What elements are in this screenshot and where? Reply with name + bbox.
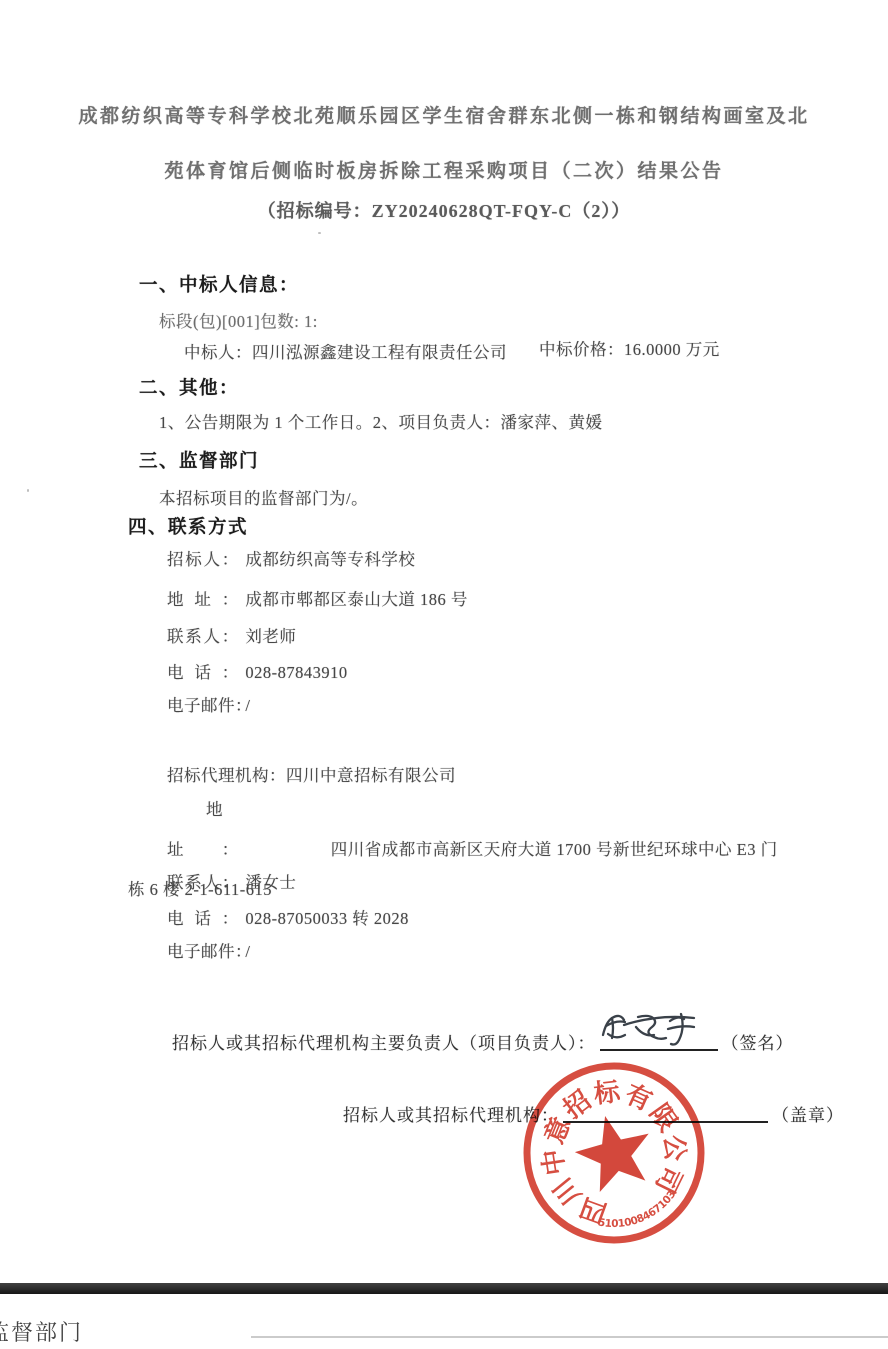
bid-number-line: （招标编号：ZY20240628QT-FQY-C（2）） — [0, 197, 888, 223]
phone-row: 电话：028-87843910 — [167, 659, 348, 683]
winner-name: 四川泓源鑫建设工程有限责任公司 — [252, 343, 507, 362]
handwritten-signature — [596, 1003, 722, 1053]
address-value: 成都市郫都区泰山大道 186 号 — [245, 590, 468, 609]
document-title-line1: 成都纺织高等专科学校北苑顺乐园区学生宿舍群东北侧一栋和钢结构画室及北 — [0, 101, 888, 128]
phone-label: 电话： — [167, 659, 239, 683]
contact-person-label: 联系人： — [167, 623, 239, 647]
bidder-address-row: 地址：成都市郫都区泰山大道 186 号 — [167, 586, 468, 610]
agency-email-value: / — [245, 942, 250, 961]
other-content: 1、公告期限为 1 个工作日。2、项目负责人：潘家萍、黄媛 — [159, 409, 603, 433]
next-page-heading-clipped: 监督部门 — [0, 1316, 120, 1349]
email-label: 电子邮件： — [167, 692, 239, 716]
address-label: 地址： — [167, 586, 239, 610]
svg-text:标: 标 — [592, 1077, 622, 1109]
svg-text:川: 川 — [548, 1172, 587, 1211]
agency-email-label: 电子邮件： — [167, 938, 239, 962]
document-title-line2: 苑体育馆后侧临时板房拆除工程采购项目（二次）结果公告 — [0, 156, 888, 183]
winner-row: 中标人：四川泓源鑫建设工程有限责任公司 — [184, 339, 507, 363]
svg-text:限: 限 — [644, 1099, 683, 1137]
bidder-label: 招标人： — [167, 546, 239, 570]
agency-contact-person-row: 联系人：潘女士 — [167, 869, 296, 893]
stamp-suffix: （盖章） — [772, 1106, 844, 1125]
agency-value: 四川中意招标有限公司 — [286, 766, 456, 785]
supervision-content: 本招标项目的监督部门为/。 — [159, 485, 368, 509]
agency-contact-person-label: 联系人： — [167, 869, 239, 893]
company-seal-icon: 四川中意招标有限公司 5101008467103 — [512, 1051, 716, 1255]
next-page-rule-line — [251, 1336, 888, 1338]
seal-star-icon — [568, 1107, 659, 1196]
scanned-document-page: 成都纺织高等专科学校北苑顺乐园区学生宿舍群东北侧一栋和钢结构画室及北 苑体育馆后… — [0, 0, 888, 1349]
next-page-heading-text: 监督部门 — [0, 1316, 83, 1347]
agency-label: 招标代理机构： — [167, 766, 286, 785]
price-label: 中标价格： — [539, 340, 624, 359]
svg-text:公: 公 — [659, 1134, 690, 1162]
section-3-heading: 三、监督部门 — [139, 447, 259, 473]
price-row: 中标价格：16.0000 万元 — [539, 336, 720, 360]
phone-value: 028-87843910 — [245, 663, 347, 682]
bidder-value: 成都纺织高等专科学校 — [245, 550, 415, 569]
contact-person-row: 联系人：刘老师 — [167, 623, 296, 647]
section-2-heading: 二、其他： — [139, 374, 239, 400]
section-1-heading: 一、中标人信息： — [139, 271, 299, 297]
lot-line: 标段(包)[001]包数: 1: — [159, 308, 318, 332]
official-seal: 四川中意招标有限公司 5101008467103 — [512, 1051, 716, 1255]
agency-phone-row: 电话：028-87050033 转 2028 — [167, 905, 409, 929]
agency-contact-person-value: 潘女士 — [245, 873, 296, 892]
svg-text:招: 招 — [558, 1085, 597, 1125]
svg-text:中: 中 — [538, 1147, 571, 1177]
bidder-row: 招标人：成都纺织高等专科学校 — [167, 546, 415, 570]
scan-noise-speck — [27, 489, 29, 492]
signature-suffix: （签名） — [722, 1034, 794, 1053]
winner-label: 中标人： — [184, 343, 252, 362]
contact-person-value: 刘老师 — [245, 627, 296, 646]
agency-phone-label: 电话： — [167, 905, 239, 929]
scan-noise-speck — [318, 232, 321, 234]
email-value: / — [245, 696, 250, 715]
agency-email-row: 电子邮件：/ — [167, 938, 250, 962]
agency-row: 招标代理机构：四川中意招标有限公司 — [167, 762, 456, 786]
agency-address-label: 地址： — [167, 790, 239, 870]
section-4-heading: 四、联系方式 — [128, 513, 248, 539]
price-value: 16.0000 万元 — [624, 340, 720, 359]
email-row: 电子邮件：/ — [167, 692, 250, 716]
agency-phone-value: 028-87050033 转 2028 — [245, 909, 409, 928]
page-separator-bar — [0, 1283, 888, 1294]
signature-slot — [600, 1031, 718, 1051]
